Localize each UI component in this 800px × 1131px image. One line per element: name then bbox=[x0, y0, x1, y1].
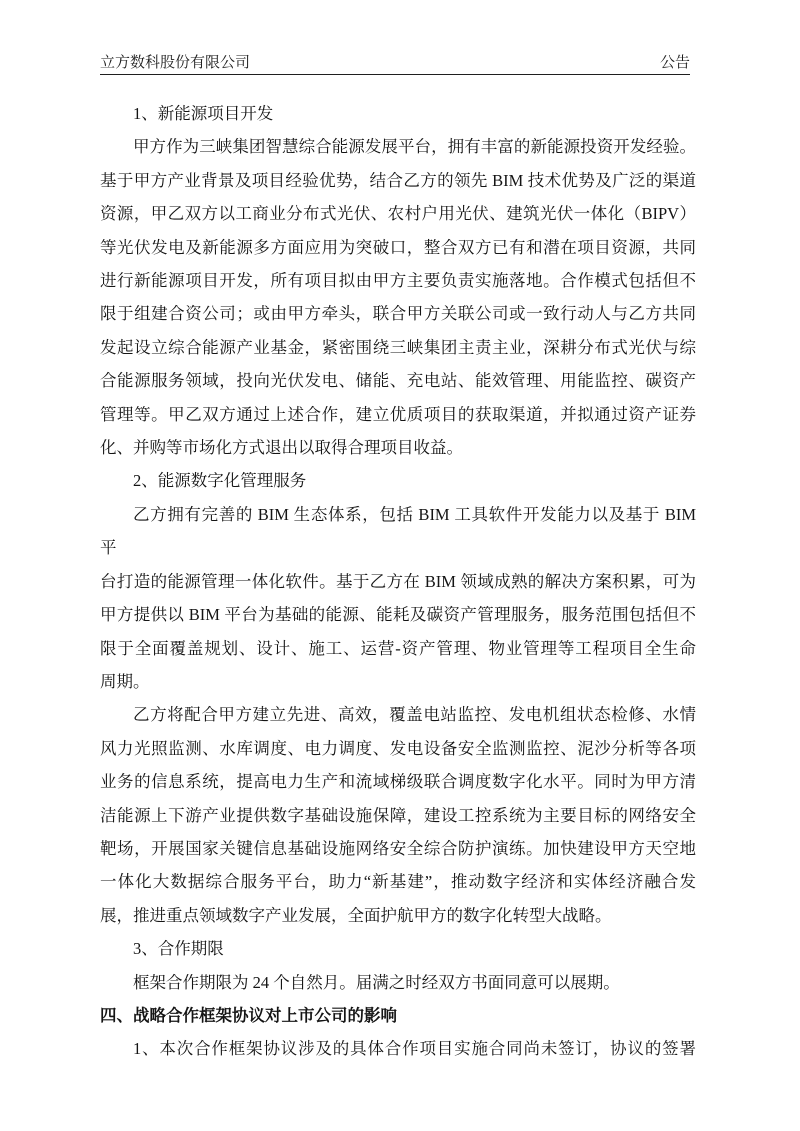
text-line: 洁能源上下游产业提供数字基础设施保障，建设工控系统为主要目标的网络安全 bbox=[100, 799, 696, 832]
text-line: 乙方将配合甲方建立先进、高效，覆盖电站监控、发电机组状态检修、水情 bbox=[100, 698, 696, 731]
text-line: 管理等。甲乙双方通过上述合作，建立优质项目的获取渠道，并拟通过资产证券 bbox=[100, 398, 696, 431]
text-line: 基于甲方产业背景及项目经验优势，结合乙方的领先 BIM 技术优势及广泛的渠道 bbox=[100, 164, 696, 197]
text-line: 合能源服务领域，投向光伏发电、储能、充电站、能效管理、用能监控、碳资产 bbox=[100, 364, 696, 397]
text-line: 乙方拥有完善的 BIM 生态体系，包括 BIM 工具软件开发能力以及基于 BIM… bbox=[100, 498, 696, 565]
section-heading-line: 四、战略合作框架协议对上市公司的影响 bbox=[100, 999, 696, 1032]
text-line: 限于全面覆盖规划、设计、施工、运营-资产管理、物业管理等工程项目全生命 bbox=[100, 632, 696, 665]
text-line: 进行新能源项目开发，所有项目拟由甲方主要负责实施落地。合作模式包括但不 bbox=[100, 264, 696, 297]
document-page: 立方数科股份有限公司 公告 1、新能源项目开发甲方作为三峡集团智慧综合能源发展平… bbox=[0, 0, 800, 1131]
text-line: 甲方提供以 BIM 平台为基础的能源、能耗及碳资产管理服务，服务范围包括但不 bbox=[100, 598, 696, 631]
header-doc-type: 公告 bbox=[660, 55, 690, 72]
text-line: 限于组建合资公司；或由甲方牵头，联合甲方关联公司或一致行动人与乙方共同 bbox=[100, 297, 696, 330]
text-line: 框架合作期限为 24 个自然月。届满之时经双方书面同意可以展期。 bbox=[100, 966, 696, 999]
text-line: 甲方作为三峡集团智慧综合能源发展平台，拥有丰富的新能源投资开发经验。 bbox=[100, 130, 696, 163]
text-line: 靶场，开展国家关键信息基础设施网络安全综合防护演练。加快建设甲方天空地 bbox=[100, 832, 696, 865]
text-line: 台打造的能源管理一体化软件。基于乙方在 BIM 领域成熟的解决方案积累，可为 bbox=[100, 565, 696, 598]
header-divider bbox=[100, 74, 690, 75]
text-line: 展，推进重点领域数字产业发展，全面护航甲方的数字化转型大战略。 bbox=[100, 899, 696, 932]
text-line: 资源，甲乙双方以工商业分布式光伏、农村户用光伏、建筑光伏一体化（BIPV） bbox=[100, 197, 696, 230]
text-line: 等光伏发电及新能源多方面应用为突破口，整合双方已有和潜在项目资源，共同 bbox=[100, 231, 696, 264]
header-company-name: 立方数科股份有限公司 bbox=[100, 55, 250, 72]
text-line: 化、并购等市场化方式退出以取得合理项目收益。 bbox=[100, 431, 696, 464]
text-line: 发起设立综合能源产业基金，紧密围绕三峡集团主责主业，深耕分布式光伏与综 bbox=[100, 331, 696, 364]
document-body: 1、新能源项目开发甲方作为三峡集团智慧综合能源发展平台，拥有丰富的新能源投资开发… bbox=[100, 97, 696, 1066]
text-line: 周期。 bbox=[100, 665, 696, 698]
text-line: 1、本次合作框架协议涉及的具体合作项目实施合同尚未签订，协议的签署 bbox=[100, 1032, 696, 1065]
text-line: 3、合作期限 bbox=[100, 932, 696, 965]
text-line: 一体化大数据综合服务平台，助力“新基建”，推动数字经济和实体经济融合发 bbox=[100, 865, 696, 898]
text-line: 1、新能源项目开发 bbox=[100, 97, 696, 130]
page-header: 立方数科股份有限公司 公告 bbox=[100, 55, 690, 72]
text-line: 2、能源数字化管理服务 bbox=[100, 464, 696, 497]
text-line: 业务的信息系统，提高电力生产和流域梯级联合调度数字化水平。同时为甲方清 bbox=[100, 765, 696, 798]
text-line: 风力光照监测、水库调度、电力调度、发电设备安全监测监控、泥沙分析等各项 bbox=[100, 732, 696, 765]
